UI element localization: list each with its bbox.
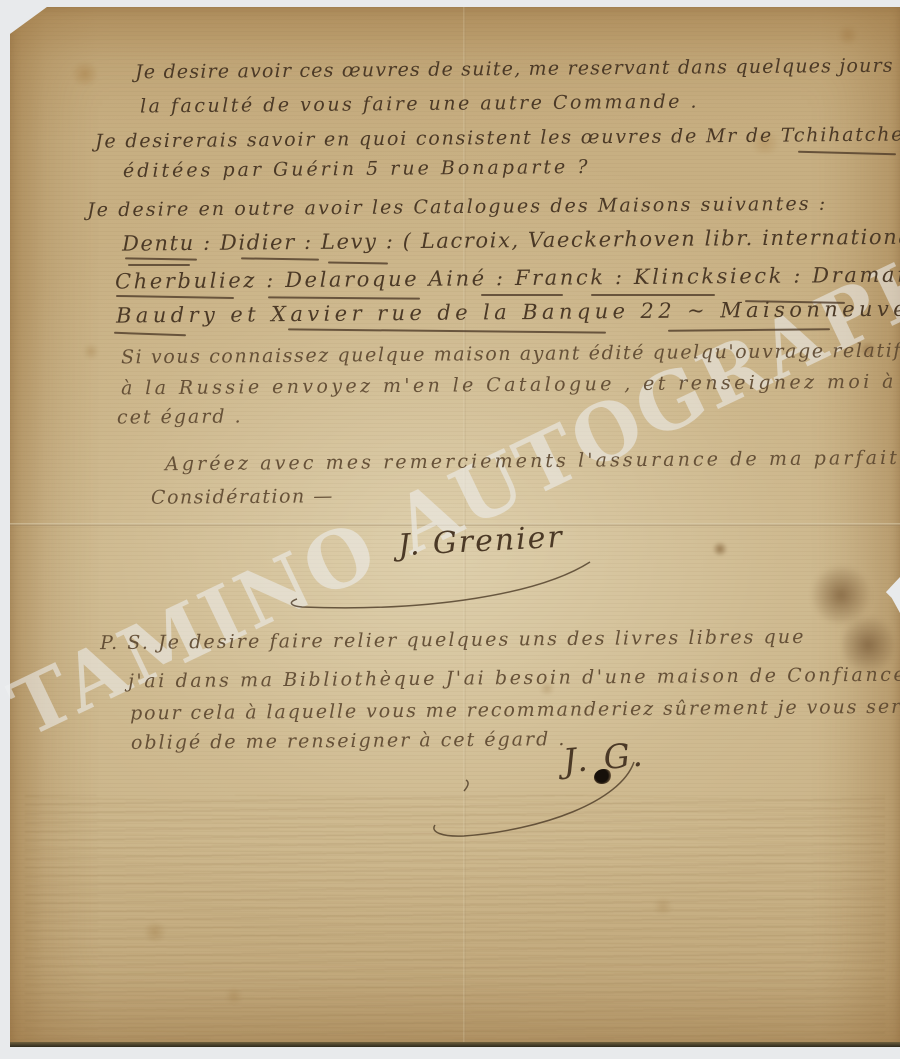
letter-line-4: éditées par Guérin 5 rue Bonaparte ? <box>123 156 591 182</box>
verso-show-through <box>25 795 885 1039</box>
underline-dentu-2 <box>128 264 190 266</box>
letter-line-11: cet égard . <box>117 405 243 428</box>
letter-line-13-closing: Considération — <box>151 485 334 509</box>
postscript-line-4: obligé de me renseigner à cet égard . <box>131 728 567 754</box>
paper-bottom-edge <box>10 1042 900 1047</box>
scanned-letter-page: TAMINO AUTOGRAPHS Je desire avoir ces œu… <box>0 0 900 1059</box>
underline-franck <box>481 294 563 296</box>
underline-klincksieck <box>591 294 715 296</box>
